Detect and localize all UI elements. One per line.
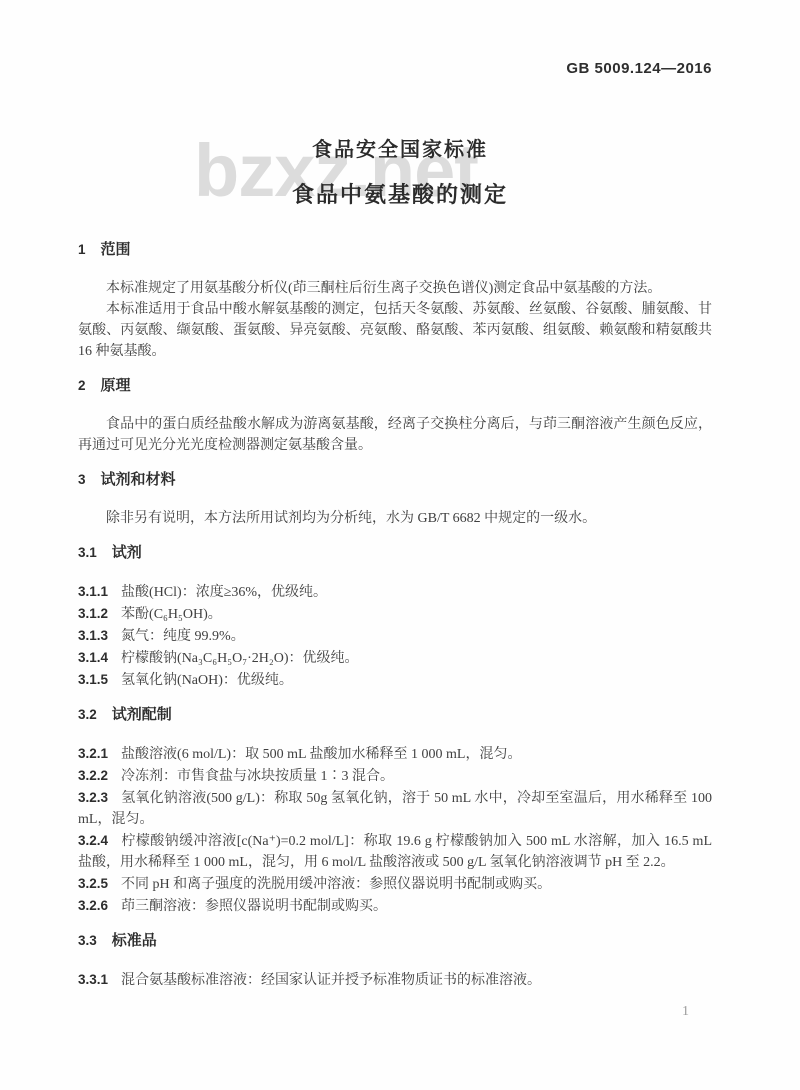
- section-number: 3.2: [78, 707, 97, 722]
- clause: 3.1.3氮气：纯度 99.9%。: [78, 625, 712, 647]
- clause: 3.2.5不同 pH 和离子强度的洗脱用缓冲溶液：参照仪器说明书配制或购买。: [78, 873, 712, 895]
- standard-code: GB 5009.124—2016: [566, 60, 712, 77]
- document-title-line1: 食品安全国家标准: [0, 133, 800, 162]
- section-number: 2: [78, 378, 86, 393]
- clause-text: 混合氨基酸标准溶液：经国家认证并授予标准物质证书的标准溶液。: [121, 973, 541, 988]
- clause-text: 柠檬酸钠缓冲溶液[c(Na⁺)=0.2 mol/L]：称取 19.6 g 柠檬酸…: [78, 834, 712, 870]
- clause-number: 3.1.5: [78, 672, 108, 687]
- section-number: 3.1: [78, 545, 97, 560]
- clause-number: 3.2.3: [78, 790, 108, 805]
- clause-text: 氮气：纯度 99.9%。: [121, 629, 245, 644]
- section-heading: 1范围: [78, 240, 712, 260]
- clause-number: 3.1.1: [78, 584, 108, 599]
- document-body: 1范围本标准规定了用氨基酸分析仪(茚三酮柱后衍生离子交换色谱仪)测定食品中氨基酸…: [78, 240, 712, 991]
- section-number: 3.3: [78, 933, 97, 948]
- section-title: 标准品: [112, 932, 157, 949]
- section-heading: 2原理: [78, 376, 712, 396]
- section-number: 1: [78, 242, 86, 257]
- clause-number: 3.1.2: [78, 606, 108, 621]
- clause: 3.1.5氢氧化钠(NaOH)：优级纯。: [78, 669, 712, 691]
- clause: 3.2.2冷冻剂：市售食盐与冰块按质量 1∶3 混合。: [78, 765, 712, 787]
- clause: 3.2.4柠檬酸钠缓冲溶液[c(Na⁺)=0.2 mol/L]：称取 19.6 …: [78, 830, 712, 873]
- section-title: 试剂: [112, 544, 142, 561]
- page-number: 1: [682, 1004, 689, 1020]
- clause-number: 3.2.5: [78, 876, 108, 891]
- clause: 3.1.4柠檬酸钠(Na₃C₆H₅O₇·2H₂O)：优级纯。: [78, 647, 712, 669]
- clause: 3.3.1混合氨基酸标准溶液：经国家认证并授予标准物质证书的标准溶液。: [78, 969, 712, 991]
- section-heading: 3.1试剂: [78, 543, 712, 563]
- clause-text: 苯酚(C₆H₅OH)。: [121, 607, 222, 622]
- clause: 3.2.3氢氧化钠溶液(500 g/L)：称取 50g 氢氧化钠，溶于 50 m…: [78, 787, 712, 830]
- clause-number: 3.2.1: [78, 746, 108, 761]
- clause-text: 盐酸(HCl)：浓度≥36%，优级纯。: [121, 585, 327, 600]
- clause-number: 3.1.4: [78, 650, 108, 665]
- clause-text: 柠檬酸钠(Na₃C₆H₅O₇·2H₂O)：优级纯。: [121, 651, 359, 666]
- section-heading: 3试剂和材料: [78, 470, 712, 490]
- paragraph: 本标准适用于食品中酸水解氨基酸的测定，包括天冬氨酸、苏氨酸、丝氨酸、谷氨酸、脯氨…: [78, 299, 712, 362]
- clause-text: 氢氧化钠溶液(500 g/L)：称取 50g 氢氧化钠，溶于 50 mL 水中，…: [78, 791, 712, 827]
- paragraph: 食品中的蛋白质经盐酸水解成为游离氨基酸，经离子交换柱分离后，与茚三酮溶液产生颜色…: [78, 414, 712, 456]
- clause-text: 茚三酮溶液：参照仪器说明书配制或购买。: [121, 899, 387, 914]
- paragraph: 本标准规定了用氨基酸分析仪(茚三酮柱后衍生离子交换色谱仪)测定食品中氨基酸的方法…: [78, 278, 712, 299]
- clause-number: 3.2.4: [78, 833, 108, 848]
- section-title: 范围: [101, 241, 131, 258]
- section-heading: 3.3标准品: [78, 931, 712, 951]
- section-number: 3: [78, 472, 86, 487]
- clause-number: 3.1.3: [78, 628, 108, 643]
- clause-text: 不同 pH 和离子强度的洗脱用缓冲溶液：参照仪器说明书配制或购买。: [121, 877, 551, 892]
- document-title-line2: 食品中氨基酸的测定: [0, 178, 800, 209]
- section-heading: 3.2试剂配制: [78, 705, 712, 725]
- clause: 3.1.2苯酚(C₆H₅OH)。: [78, 603, 712, 625]
- clause-text: 盐酸溶液(6 mol/L)：取 500 mL 盐酸加水稀释至 1 000 mL，…: [121, 747, 521, 762]
- clause: 3.1.1盐酸(HCl)：浓度≥36%，优级纯。: [78, 581, 712, 603]
- clause-text: 氢氧化钠(NaOH)：优级纯。: [121, 673, 293, 688]
- section-title: 试剂配制: [112, 706, 172, 723]
- clause-text: 冷冻剂：市售食盐与冰块按质量 1∶3 混合。: [121, 769, 394, 784]
- clause-number: 3.2.6: [78, 898, 108, 913]
- clause: 3.2.1盐酸溶液(6 mol/L)：取 500 mL 盐酸加水稀释至 1 00…: [78, 743, 712, 765]
- paragraph: 除非另有说明，本方法所用试剂均为分析纯，水为 GB/T 6682 中规定的一级水…: [78, 508, 712, 529]
- clause-number: 3.2.2: [78, 768, 108, 783]
- clause: 3.2.6茚三酮溶液：参照仪器说明书配制或购买。: [78, 895, 712, 917]
- clause-number: 3.3.1: [78, 972, 108, 987]
- document-page: GB 5009.124—2016 bzxz.net 食品安全国家标准 食品中氨基…: [0, 0, 800, 1090]
- section-title: 原理: [101, 377, 131, 394]
- section-title: 试剂和材料: [101, 471, 176, 488]
